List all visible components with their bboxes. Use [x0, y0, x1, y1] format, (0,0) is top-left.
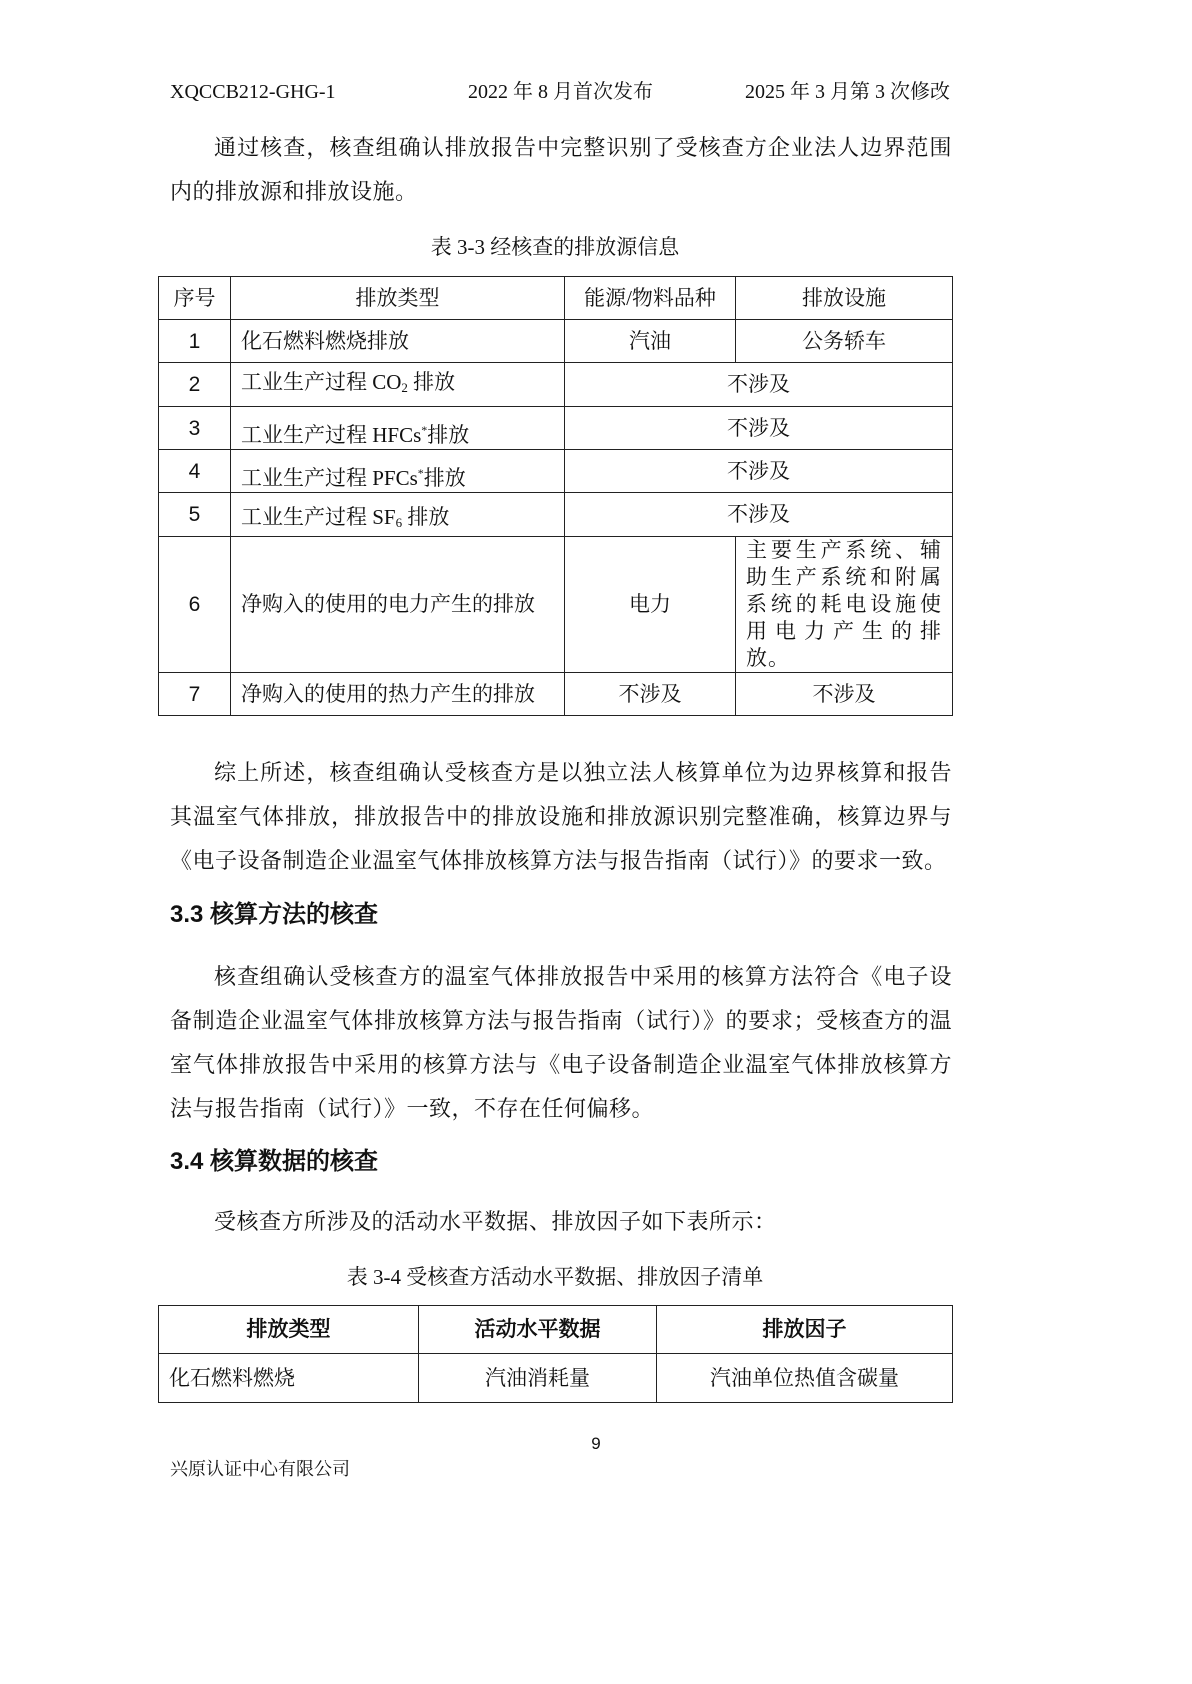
col-header-type: 排放类型	[231, 277, 565, 320]
table-row: 3 工业生产过程 HFCs*排放 不涉及	[159, 407, 953, 450]
type-text: 工业生产过程 CO	[241, 370, 401, 394]
table-row: 1 化石燃料燃烧排放 汽油 公务轿车	[159, 320, 953, 363]
col-header-type: 排放类型	[159, 1306, 419, 1354]
table-row: 2 工业生产过程 CO2 排放 不涉及	[159, 363, 953, 407]
row-type: 净购入的使用的热力产生的排放	[231, 673, 565, 716]
row-type: 工业生产过程 HFCs*排放	[231, 407, 565, 450]
row-not-applicable: 不涉及	[565, 407, 953, 450]
table-row: 5 工业生产过程 SF6 排放 不涉及	[159, 493, 953, 537]
row-no: 1	[159, 320, 231, 363]
table-row: 4 工业生产过程 PFCs*排放 不涉及	[159, 450, 953, 493]
section-3-3-heading: 3.3 核算方法的核查	[170, 898, 378, 932]
type-text: 工业生产过程 SF	[241, 505, 396, 529]
row-not-applicable: 不涉及	[565, 363, 953, 407]
activity-data-table: 排放类型 活动水平数据 排放因子 化石燃料燃烧 汽油消耗量 汽油单位热值含碳量	[158, 1305, 953, 1403]
row-no: 2	[159, 363, 231, 407]
table-header-row: 序号 排放类型 能源/物料品种 排放设施	[159, 277, 953, 320]
table-row: 7 净购入的使用的热力产生的排放 不涉及 不涉及	[159, 673, 953, 716]
type-suffix: 排放	[427, 423, 469, 447]
row-type: 化石燃料燃烧排放	[231, 320, 565, 363]
type-text: 工业生产过程 HFCs	[241, 423, 421, 447]
row-energy: 不涉及	[565, 673, 736, 716]
row-facility: 公务轿车	[736, 320, 953, 363]
row-type: 工业生产过程 SF6 排放	[231, 493, 565, 537]
col-header-energy: 能源/物料品种	[565, 277, 736, 320]
type-suffix: 排放	[402, 505, 449, 529]
first-issue-date: 2022 年 8 月首次发布	[468, 78, 653, 106]
row-no: 3	[159, 407, 231, 450]
row-no: 5	[159, 493, 231, 537]
row-factor: 汽油单位热值含碳量	[657, 1354, 953, 1403]
table-row: 化石燃料燃烧 汽油消耗量 汽油单位热值含碳量	[159, 1354, 953, 1403]
revision-info: 2025 年 3 月第 3 次修改	[745, 78, 950, 106]
row-not-applicable: 不涉及	[565, 493, 953, 537]
row-energy: 电力	[565, 537, 736, 673]
table-header-row: 排放类型 活动水平数据 排放因子	[159, 1306, 953, 1354]
row-activity: 汽油消耗量	[419, 1354, 657, 1403]
row-energy: 汽油	[565, 320, 736, 363]
page-number: 9	[0, 1434, 1192, 1454]
row-not-applicable: 不涉及	[565, 450, 953, 493]
doc-code: XQCCB212-GHG-1	[170, 78, 336, 106]
col-header-no: 序号	[159, 277, 231, 320]
type-suffix: 排放	[424, 466, 466, 490]
table-3-4-caption: 表 3-4 受核查方活动水平数据、排放因子清单	[158, 1262, 952, 1292]
intro-paragraph: 通过核查，核查组确认排放报告中完整识别了受核查方企业法人边界范围内的排放源和排放…	[170, 126, 952, 214]
row-type: 工业生产过程 PFCs*排放	[231, 450, 565, 493]
section-3-3-paragraph: 核查组确认受核查方的温室气体排放报告中采用的核算方法符合《电子设备制造企业温室气…	[170, 955, 952, 1131]
company-name: 兴原认证中心有限公司	[170, 1455, 350, 1481]
type-text: 工业生产过程 PFCs	[241, 466, 418, 490]
row-facility: 主要生产系统、辅助生产系统和附属系统的耗电设施使用电力产生的排放。	[736, 537, 953, 673]
row-type: 工业生产过程 CO2 排放	[231, 363, 565, 407]
col-header-facility: 排放设施	[736, 277, 953, 320]
table-3-3-caption: 表 3-3 经核查的排放源信息	[158, 232, 952, 262]
emission-sources-table: 序号 排放类型 能源/物料品种 排放设施 1 化石燃料燃烧排放 汽油 公务轿车 …	[158, 276, 953, 716]
row-no: 4	[159, 450, 231, 493]
summary-paragraph: 综上所述，核查组确认受核查方是以独立法人核算单位为边界核算和报告其温室气体排放，…	[170, 751, 952, 883]
row-type: 化石燃料燃烧	[159, 1354, 419, 1403]
row-facility: 不涉及	[736, 673, 953, 716]
section-3-4-paragraph: 受核查方所涉及的活动水平数据、排放因子如下表所示：	[170, 1200, 952, 1244]
col-header-activity: 活动水平数据	[419, 1306, 657, 1354]
table-row: 6 净购入的使用的电力产生的排放 电力 主要生产系统、辅助生产系统和附属系统的耗…	[159, 537, 953, 673]
col-header-factor: 排放因子	[657, 1306, 953, 1354]
section-3-4-heading: 3.4 核算数据的核查	[170, 1145, 378, 1179]
row-type: 净购入的使用的电力产生的排放	[231, 537, 565, 673]
row-no: 7	[159, 673, 231, 716]
type-suffix: 排放	[408, 370, 455, 394]
row-no: 6	[159, 537, 231, 673]
